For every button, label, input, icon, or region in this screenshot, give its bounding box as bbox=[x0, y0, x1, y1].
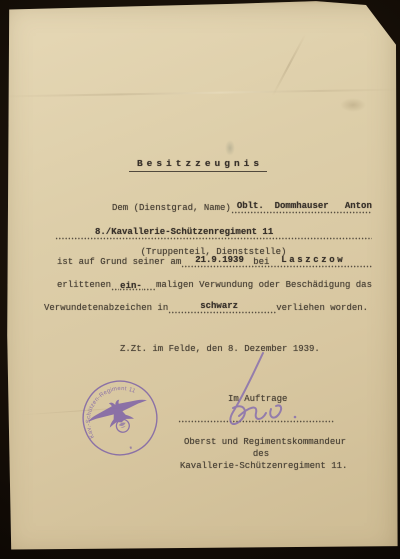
verliehen-text: verliehen worden. bbox=[276, 302, 368, 315]
document-page: Besitzzeugnis Dem (Dienstgrad, Name) Obl… bbox=[0, 0, 400, 559]
regiment-stamp: Kav.-Schützen-Regiment 11 bbox=[74, 372, 166, 464]
badge-label: Verwundetenabzeichen in bbox=[44, 302, 168, 315]
signer-title-row-3: Kavallerie-Schützenregiment 11. bbox=[180, 455, 347, 473]
recipient-fill: Oblt. Dommhauser Anton bbox=[231, 199, 372, 215]
signature-dot bbox=[294, 416, 297, 419]
signer-title-3: Kavallerie-Schützenregiment 11. bbox=[180, 461, 347, 471]
grounds-line: ist auf Grund seiner am 21.9.1939 bei La… bbox=[57, 254, 372, 269]
grounds-fill: 21.9.1939 bei Laszczow bbox=[181, 253, 372, 269]
badge-fill: schwarz bbox=[168, 299, 276, 315]
document-title-row: Besitzzeugnis bbox=[0, 153, 396, 172]
dot-segment bbox=[111, 276, 119, 292]
erlitten-label: erlittenen bbox=[57, 279, 111, 292]
document-title: Besitzzeugnis bbox=[129, 158, 267, 172]
dotted-line bbox=[143, 288, 156, 291]
signature bbox=[205, 350, 323, 438]
paper-crease bbox=[272, 34, 307, 97]
stamp-bottom-mark bbox=[130, 446, 133, 449]
badge-line: Verwundetenabzeichen in schwarz verliehe… bbox=[44, 300, 372, 315]
unit-line: 8./Kavallerie-Schützenregiment 11 bbox=[55, 226, 372, 241]
badge-grade: schwarz bbox=[200, 301, 238, 312]
dotted-line bbox=[111, 288, 119, 291]
paper-stain bbox=[340, 98, 366, 112]
maligen-text: maligen Verwundung oder Beschädigung das bbox=[156, 279, 372, 292]
unit-fill: 8./Kavallerie-Schützenregiment 11 bbox=[55, 225, 372, 241]
paper-crease bbox=[0, 89, 400, 98]
scanned-document: Besitzzeugnis Dem (Dienstgrad, Name) Obl… bbox=[0, 0, 400, 559]
recipient-value: Oblt. Dommhauser Anton bbox=[237, 201, 372, 212]
signature-stroke bbox=[270, 405, 281, 417]
wound-date: 21.9.1939 bbox=[195, 255, 244, 266]
wound-count: ein- bbox=[119, 280, 143, 292]
stamp-center-emblem bbox=[118, 421, 127, 428]
grounds-label: ist auf Grund seiner am bbox=[57, 256, 181, 269]
wound-place: Laszczow bbox=[281, 255, 345, 266]
signature-stroke bbox=[230, 353, 263, 424]
recipient-label: Dem (Dienstgrad, Name) bbox=[112, 202, 231, 215]
unit-value: 8./Kavallerie-Schützenregiment 11 bbox=[95, 227, 273, 238]
dot-segment bbox=[143, 276, 156, 292]
recipient-line: Dem (Dienstgrad, Name) Oblt. Dommhauser … bbox=[112, 200, 372, 215]
wound-count-line: erlittenen ein- maligen Verwundung oder … bbox=[57, 277, 372, 292]
bei-label: bei bbox=[253, 257, 269, 268]
eagle-icon bbox=[85, 391, 152, 434]
